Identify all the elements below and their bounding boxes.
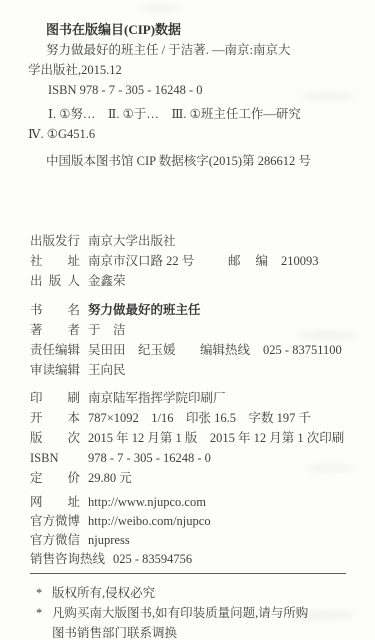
field-value: 210093	[281, 251, 319, 271]
field-label: 官方微信	[30, 531, 80, 550]
sales-hotline-row: 销售咨询热线 025 - 83594756	[30, 550, 359, 569]
field-value: 南京市汉口路 22 号	[88, 251, 228, 271]
field-value: 南京大学出版社	[88, 231, 176, 251]
cip-classification-line-2: Ⅳ. ①G451.6	[28, 124, 359, 144]
field-value: 王向民	[88, 360, 126, 380]
field-value: 努力做最好的班主任	[88, 300, 201, 320]
scan-smudge	[306, 464, 354, 473]
field-label: 销售咨询热线	[30, 550, 105, 569]
review-editor-row: 审读编辑 王向民	[30, 360, 359, 380]
asterisk-bullet: *	[36, 603, 52, 623]
field-label: 编辑热线	[200, 340, 250, 360]
field-value: 南京陆军指挥学院印刷厂	[88, 388, 226, 408]
field-value: 978 - 7 - 305 - 16248 - 0	[88, 448, 211, 468]
field-value: 787×1092 1/16 印张 16.5 字数 197 千	[88, 408, 311, 428]
field-label: 邮编	[228, 251, 268, 271]
copyright-notice: * 版权所有,侵权必究	[36, 583, 359, 603]
address-row: 社址 南京市汉口路 22 号 邮编 210093	[30, 251, 359, 271]
printer-row: 印刷 南京陆军指挥学院印刷厂	[30, 388, 359, 408]
field-label: 定价	[30, 468, 80, 488]
field-label: 官方微博	[30, 512, 80, 531]
scan-smudge	[300, 92, 356, 101]
field-label: 版次	[30, 428, 80, 448]
printing-section: 印刷 南京陆军指挥学院印刷厂 开本 787×1092 1/16 印张 16.5 …	[28, 388, 359, 488]
asterisk-bullet: *	[36, 583, 52, 603]
divider-line	[30, 573, 346, 574]
edition-row: 版次 2015 年 12 月第 1 版 2015 年 12 月第 1 次印刷	[30, 428, 359, 448]
scan-smudge	[138, 4, 182, 12]
weibo-url: http://weibo.com/njupco	[88, 512, 211, 531]
notice-continuation: 图书销售部门联系调换	[52, 623, 359, 640]
scan-smudge	[292, 610, 356, 620]
field-label: 书名	[30, 300, 80, 320]
field-label: 印刷	[30, 388, 80, 408]
field-label: 开本	[30, 408, 80, 428]
wechat-row: 官方微信 njupress	[30, 531, 359, 550]
editor-row: 责任编辑 吴田田 纪玉媛 编辑热线 025 - 83751100	[30, 340, 359, 360]
field-label: 著者	[30, 320, 80, 340]
field-label: 社址	[30, 251, 80, 271]
field-value: 29.80 元	[88, 468, 132, 488]
field-label: 责任编辑	[30, 340, 80, 360]
field-label: 审读编辑	[30, 360, 80, 380]
notice-text: 凡购买南大版图书,如有印装质量问题,请与所购	[52, 603, 308, 623]
notice-text: 版权所有,侵权必究	[52, 583, 155, 603]
publisher-section: 出版发行 南京大学出版社 社址 南京市汉口路 22 号 邮编 210093 出版…	[28, 231, 359, 291]
field-label: 网址	[30, 493, 80, 512]
cip-title-line: 努力做最好的班主任 / 于洁著. —南京:南京大	[46, 40, 359, 60]
book-info-section: 书名 努力做最好的班主任 著者 于 洁 责任编辑 吴田田 纪玉媛 编辑热线 02…	[28, 300, 359, 380]
website-row: 网址 http://www.njupco.com	[30, 493, 359, 512]
cip-registry-line: 中国版本图书馆 CIP 数据核字(2015)第 286612 号	[46, 151, 359, 171]
format-row: 开本 787×1092 1/16 印张 16.5 字数 197 千	[30, 408, 359, 428]
copyright-page: 图书在版编目(CIP)数据 努力做最好的班主任 / 于洁著. —南京:南京大 学…	[0, 0, 375, 640]
contact-section: 网址 http://www.njupco.com 官方微博 http://wei…	[28, 493, 359, 569]
field-value: 于 洁	[88, 320, 126, 340]
book-title-row: 书名 努力做最好的班主任	[30, 300, 359, 320]
field-label: ISBN	[30, 448, 80, 468]
publisher-person-row: 出版人 金鑫荣	[30, 271, 359, 291]
scan-smudge	[296, 330, 358, 340]
hotline-number: 025 - 83594756	[113, 550, 192, 569]
cip-classification-line-1: Ⅰ. ①努… Ⅱ. ①于… Ⅲ. ①班主任工作—研究	[48, 104, 359, 124]
cip-title-wrap-line: 学出版社,2015.12	[28, 60, 359, 80]
field-value: 吴田田 纪玉媛	[88, 340, 200, 360]
field-value: 金鑫荣	[88, 271, 126, 291]
weibo-row: 官方微博 http://weibo.com/njupco	[30, 512, 359, 531]
website-url: http://www.njupco.com	[88, 493, 206, 512]
cip-header: 图书在版编目(CIP)数据	[46, 20, 359, 40]
field-label: 出版发行	[30, 231, 80, 251]
field-value: 2015 年 12 月第 1 版 2015 年 12 月第 1 次印刷	[88, 428, 344, 448]
field-label: 出版人	[30, 271, 80, 291]
wechat-id: njupress	[88, 531, 130, 550]
field-value: 025 - 83751100	[263, 340, 342, 360]
publisher-row: 出版发行 南京大学出版社	[30, 231, 359, 251]
